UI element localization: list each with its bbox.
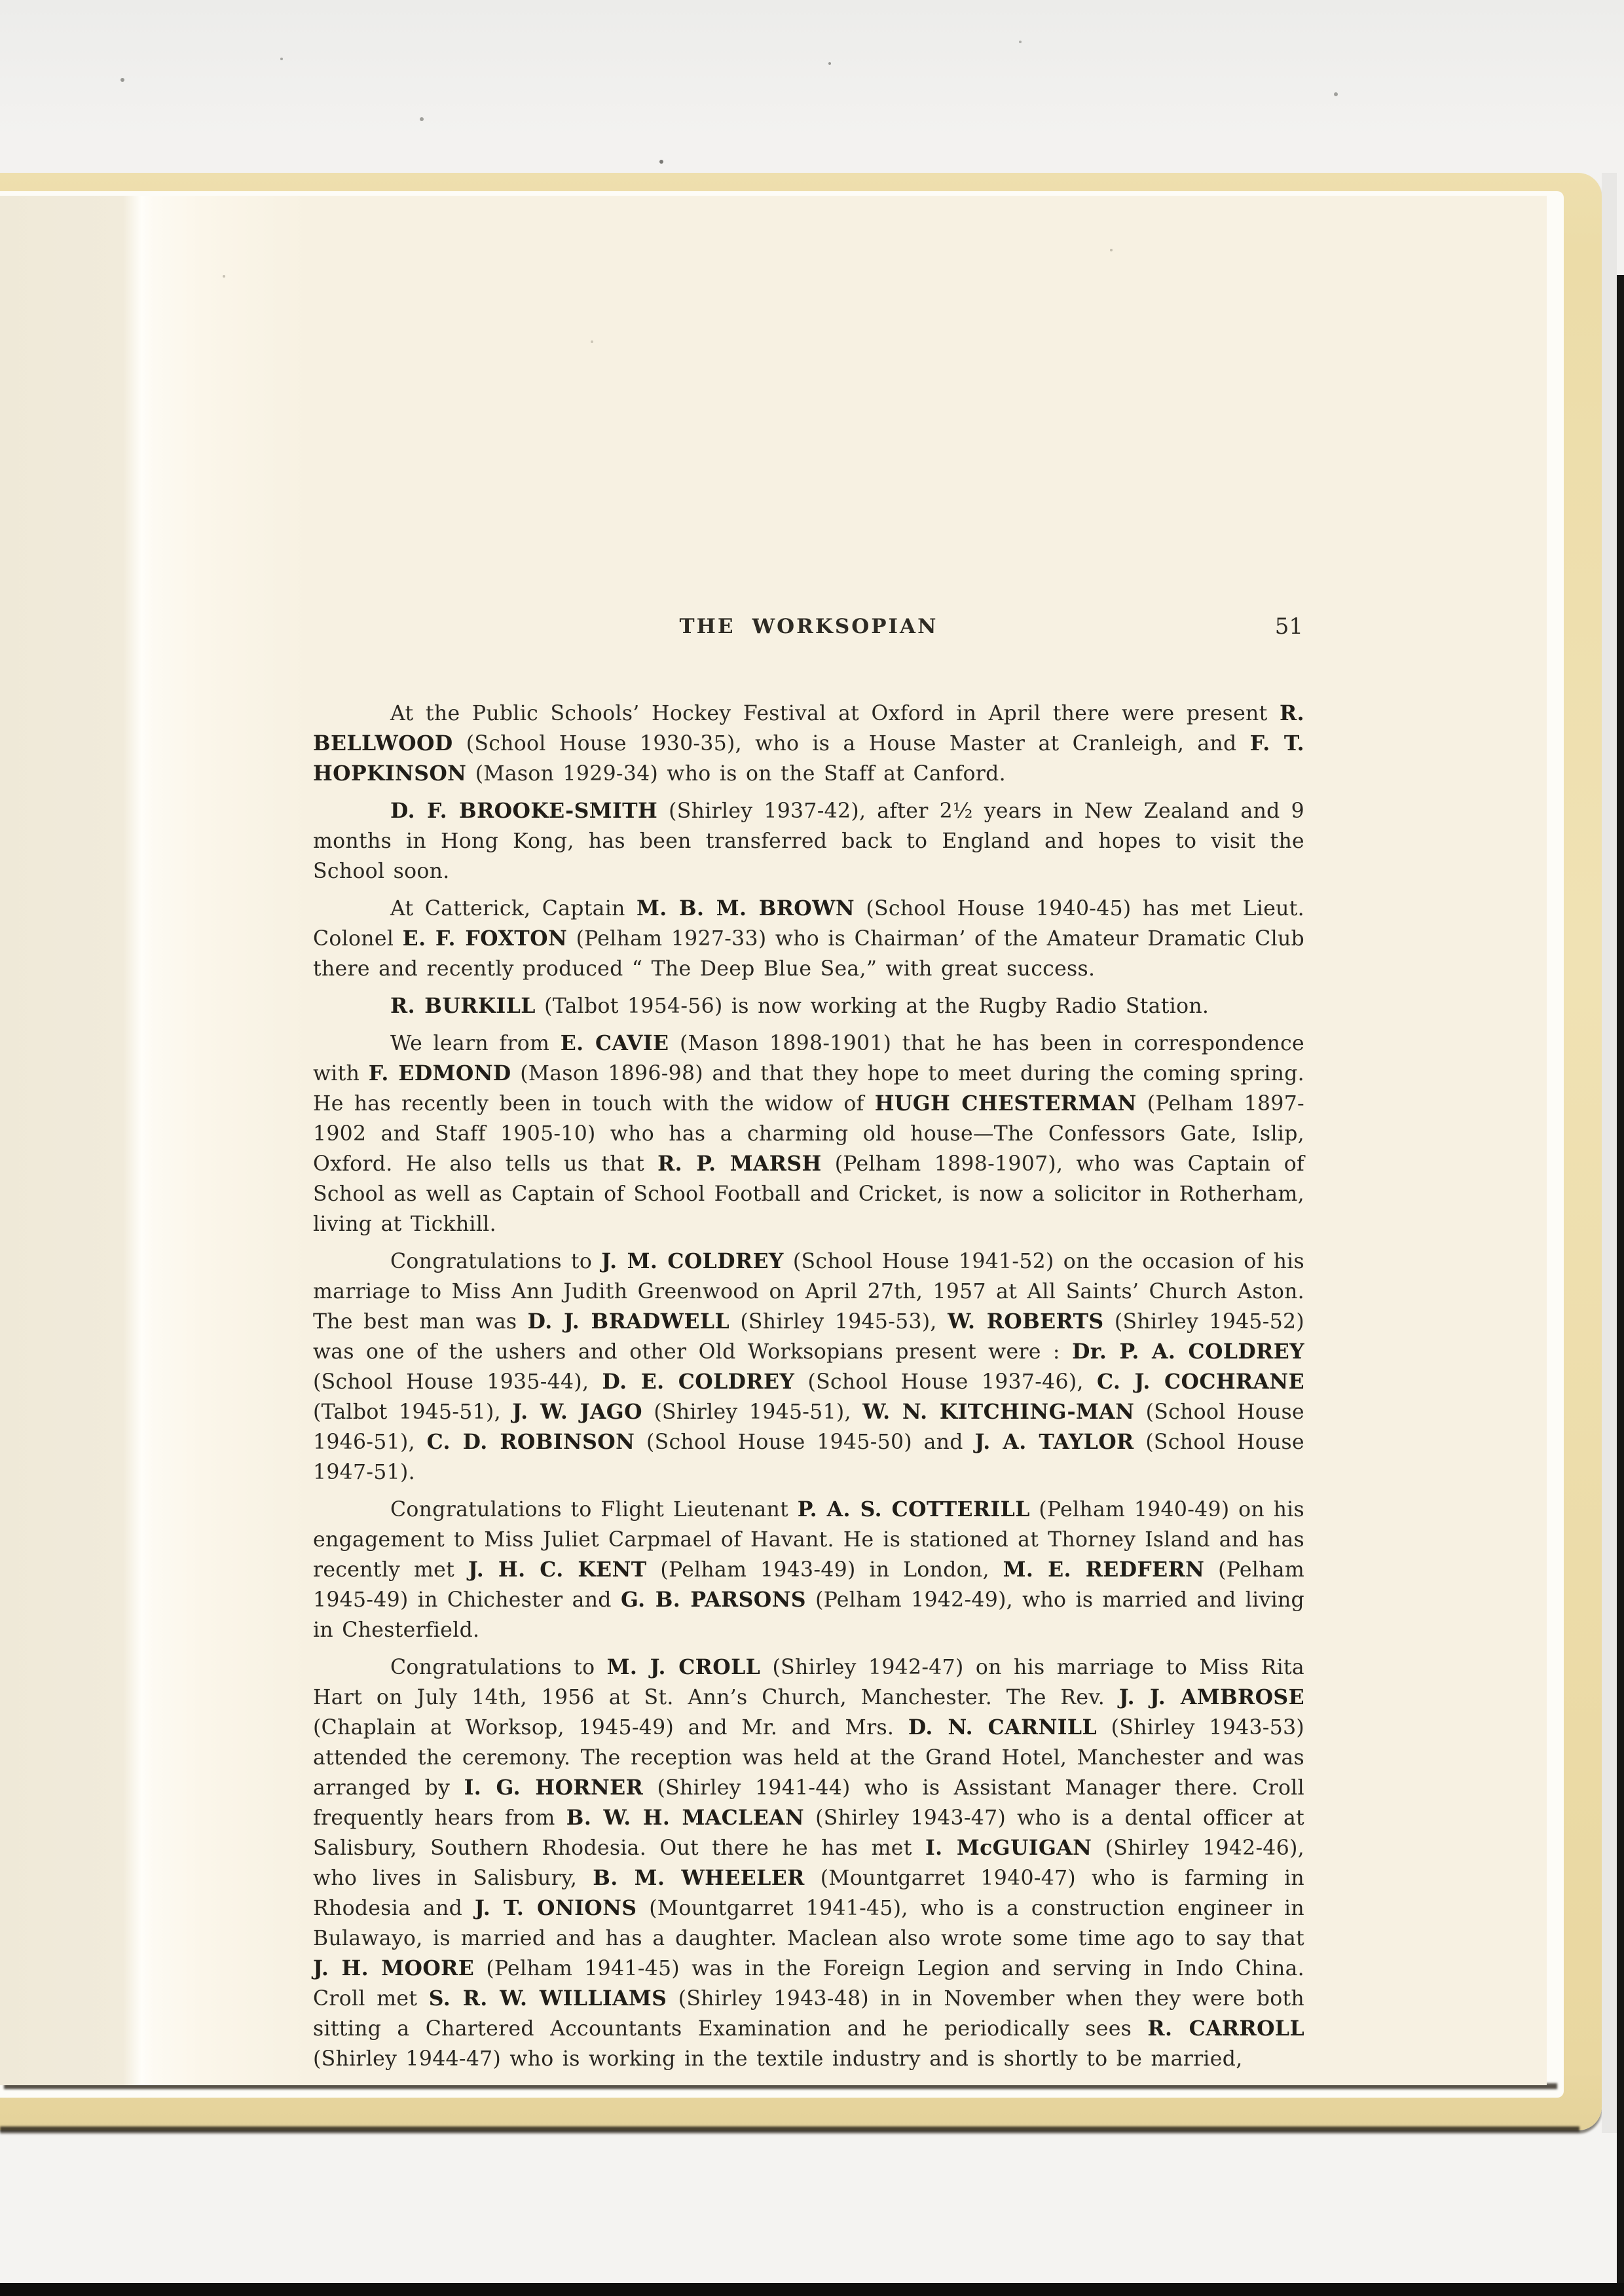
- paragraph: Congratulations to Flight Lieutenant P. …: [313, 1495, 1304, 1645]
- text-segment: (Pelham 1943-49) in London,: [647, 1558, 1003, 1582]
- person-name: B. M. WHEELER: [593, 1866, 804, 1890]
- text-segment: (Talbot 1954-56) is now working at the R…: [536, 994, 1209, 1018]
- person-name: M. B. M. BROWN: [637, 896, 855, 920]
- text-segment: (School House 1945-50) and: [635, 1430, 974, 1454]
- journal-title: THE WORKSOPIAN: [680, 615, 938, 638]
- book-scan: THE WORKSOPIAN 51 At the Public Schools’…: [0, 0, 1624, 2296]
- person-name: Dr. P. A. COLDREY: [1072, 1339, 1304, 1364]
- page-content: THE WORKSOPIAN 51 At the Public Schools’…: [313, 615, 1304, 2074]
- person-name: P. A. S. COTTERILL: [798, 1497, 1030, 1522]
- person-name: D. N. CARNILL: [908, 1715, 1097, 1740]
- scanner-gap: [1602, 173, 1617, 2133]
- page-number: 51: [1275, 613, 1303, 640]
- person-name: M. J. CROLL: [607, 1655, 761, 1679]
- text-segment: (School House 1935-44),: [313, 1370, 602, 1394]
- person-name: J. H. C. KENT: [468, 1558, 647, 1582]
- paragraph: R. BURKILL (Talbot 1954-56) is now worki…: [313, 991, 1304, 1021]
- paragraph: Congratulations to M. J. CROLL (Shirley …: [313, 1652, 1304, 2074]
- person-name: J. M. COLDREY: [601, 1249, 784, 1273]
- scan-edge-right: [1617, 275, 1624, 2285]
- text-segment: (Shirley 1945-51),: [642, 1400, 862, 1424]
- text-segment: At Catterick, Captain: [390, 897, 637, 920]
- text-segment: Congratulations to: [390, 1250, 601, 1273]
- text-segment: Congratulations to: [390, 1656, 607, 1679]
- text-segment: (Shirley 1944-47) who is working in the …: [313, 2047, 1243, 2071]
- person-name: W. N. KITCHING-MAN: [862, 1400, 1134, 1424]
- person-name: F. EDMOND: [369, 1061, 511, 1085]
- person-name: G. B. PARSONS: [621, 1588, 806, 1612]
- person-name: J. J. AMBROSE: [1119, 1685, 1304, 1709]
- paragraph: At Catterick, Captain M. B. M. BROWN (Sc…: [313, 894, 1304, 984]
- person-name: D. J. BRADWELL: [528, 1309, 729, 1334]
- person-name: S. R. W. WILLIAMS: [429, 1986, 667, 2011]
- text-segment: (Talbot 1945-51),: [313, 1400, 512, 1424]
- person-name: E. CAVIE: [561, 1031, 669, 1055]
- person-name: W. ROBERTS: [948, 1309, 1103, 1334]
- person-name: M. E. REDFERN: [1003, 1558, 1205, 1582]
- person-name: E. F. FOXTON: [403, 926, 567, 951]
- person-name: HUGH CHESTERMAN: [875, 1091, 1137, 1116]
- person-name: C. D. ROBINSON: [427, 1430, 635, 1454]
- text-segment: (Shirley 1945-53),: [729, 1310, 948, 1334]
- person-name: J. A. TAYLOR: [974, 1430, 1134, 1454]
- person-name: D. E. COLDREY: [602, 1370, 795, 1394]
- text-segment: (School House 1930-35), who is a House M…: [453, 732, 1250, 756]
- running-head: THE WORKSOPIAN 51: [313, 615, 1304, 642]
- book-page: THE WORKSOPIAN 51 At the Public Schools’…: [0, 196, 1547, 2085]
- person-name: R. CARROLL: [1147, 2016, 1304, 2041]
- person-name: J. T. ONIONS: [475, 1896, 637, 1920]
- paragraph: D. F. BROOKE-SMITH (Shirley 1937-42), af…: [313, 796, 1304, 886]
- text-segment: At the Public Schools’ Hockey Festival a…: [390, 702, 1280, 725]
- person-name: R. BURKILL: [390, 994, 536, 1018]
- text-segment: (School House 1937-46),: [794, 1370, 1097, 1394]
- person-name: I. G. HORNER: [464, 1776, 644, 1800]
- person-name: J. W. JAGO: [512, 1400, 642, 1424]
- text-segment: Congratulations to Flight Lieutenant: [390, 1498, 798, 1522]
- person-name: C. J. COCHRANE: [1097, 1370, 1304, 1394]
- person-name: I. McGUIGAN: [925, 1836, 1092, 1860]
- scan-edge-bottom: [0, 2283, 1624, 2296]
- paragraph: We learn from E. CAVIE (Mason 1898-1901)…: [313, 1029, 1304, 1239]
- person-name: D. F. BROOKE-SMITH: [390, 799, 657, 823]
- cover-bottom-shadow: [0, 2126, 1579, 2132]
- person-name: J. H. MOORE: [313, 1956, 474, 1980]
- text-segment: We learn from: [390, 1032, 561, 1055]
- text-segment: (Mason 1929-34) who is on the Staff at C…: [466, 762, 1006, 786]
- paragraph: At the Public Schools’ Hockey Festival a…: [313, 699, 1304, 789]
- paragraphs: At the Public Schools’ Hockey Festival a…: [313, 699, 1304, 2074]
- page-gutter-shading: [0, 196, 308, 2085]
- person-name: R. P. MARSH: [657, 1152, 822, 1176]
- text-segment: (Chaplain at Worksop, 1945-49) and Mr. a…: [313, 1716, 908, 1740]
- paragraph: Congratulations to J. M. COLDREY (School…: [313, 1247, 1304, 1487]
- person-name: B. W. H. MACLEAN: [566, 1806, 804, 1830]
